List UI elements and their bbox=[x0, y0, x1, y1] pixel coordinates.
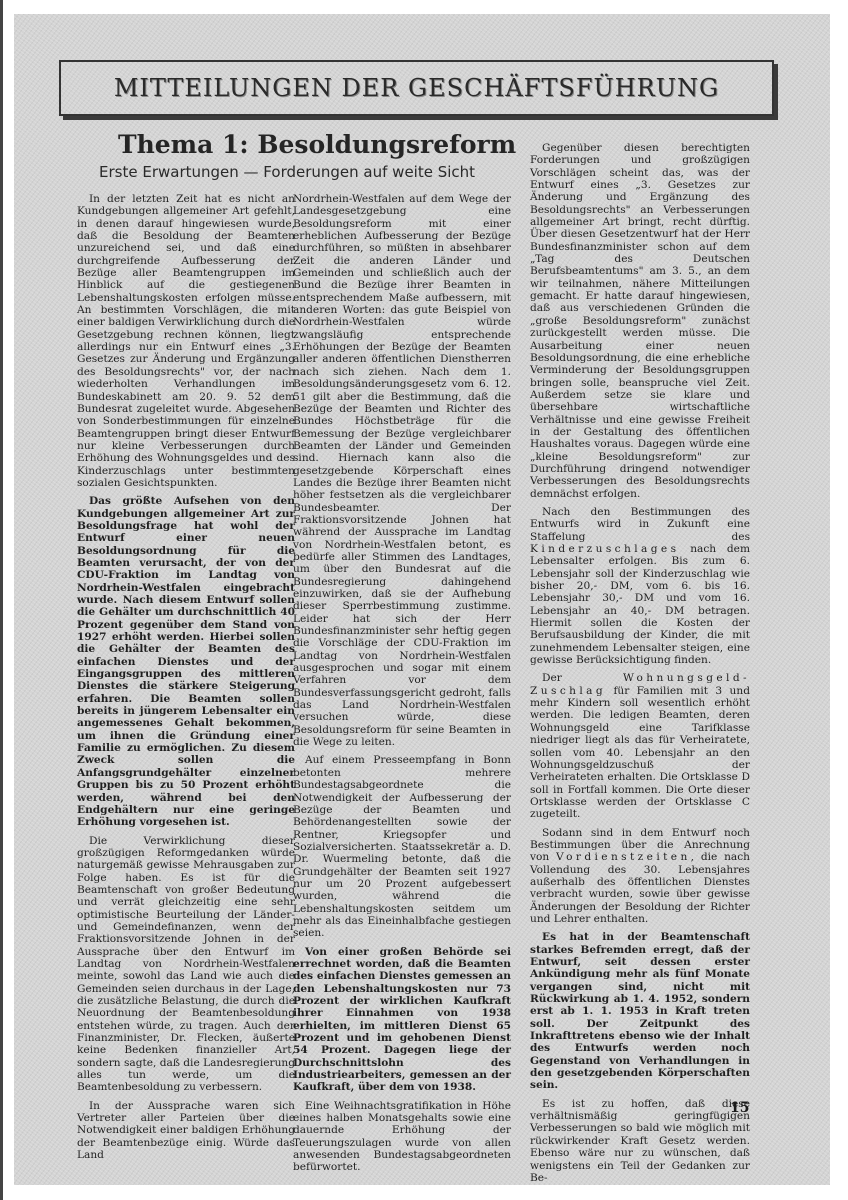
paragraph: Sodann sind in dem Entwurf noch Bestimmu… bbox=[530, 827, 750, 926]
paragraph: Die Verwirklichung dieser großzügigen Re… bbox=[77, 835, 295, 1094]
paragraph: Eine Weihnachtsgratifikation in Höhe ein… bbox=[293, 1100, 511, 1174]
text-column-1: In der letzten Zeit hat es nicht an Kund… bbox=[77, 193, 295, 1167]
paragraph-bold: Es hat in der Beamtenschaft starkes Befr… bbox=[530, 931, 750, 1091]
page-number: 15 bbox=[730, 1100, 749, 1116]
paragraph: In der Aussprache waren sich Vertreter a… bbox=[77, 1100, 295, 1162]
text-column-3: Gegenüber diesen berechtigten Forderunge… bbox=[530, 142, 750, 1190]
article-subtitle: Erste Erwartungen — Forderungen auf weit… bbox=[99, 163, 475, 181]
scan-edge bbox=[0, 0, 3, 1200]
paragraph: In der letzten Zeit hat es nicht an Kund… bbox=[77, 193, 295, 489]
section-header-title: MITTEILUNGEN DER GESCHÄFTSFÜHRUNG bbox=[114, 74, 719, 102]
paragraph-bold: Das größte Aufsehen von den Kundgebungen… bbox=[77, 495, 295, 828]
text-column-2: Nordrhein-Westfalen auf dem Wege der Lan… bbox=[293, 193, 511, 1180]
article-title: Thema 1: Besoldungsreform bbox=[118, 130, 516, 159]
paragraph-bold: Von einer großen Behörde sei errechnet w… bbox=[293, 946, 511, 1094]
section-header-box: MITTEILUNGEN DER GESCHÄFTSFÜHRUNG bbox=[59, 60, 774, 116]
paragraph-continued: Nordrhein-Westfalen auf dem Wege der Lan… bbox=[293, 193, 511, 748]
paragraph: Es ist zu hoffen, daß diese verhältnismä… bbox=[530, 1098, 750, 1184]
emphasis-spaced: Vordienstzeiten bbox=[556, 851, 691, 863]
paragraph: Nach den Bestimmungen des Entwurfs wird … bbox=[530, 506, 750, 666]
paragraph: Der Wohnungsgeld-Zuschlag für Familien m… bbox=[530, 672, 750, 820]
emphasis-spaced: Kinderzuschlages bbox=[530, 543, 679, 555]
paragraph: Auf einem Presseempfang in Bonn betonten… bbox=[293, 754, 511, 939]
paragraph: Gegenüber diesen berechtigten Forderunge… bbox=[530, 142, 750, 500]
